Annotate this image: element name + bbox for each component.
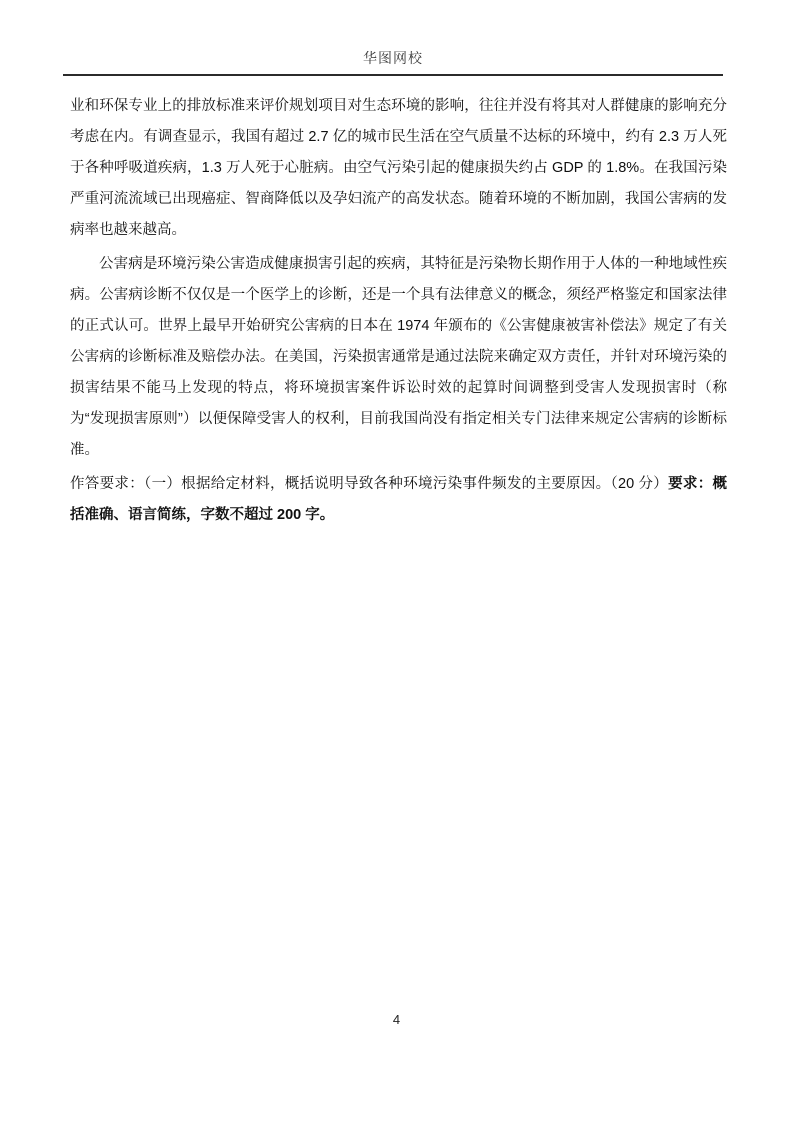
paragraph-continuation: 业和环保专业上的排放标准来评价规划项目对生态环境的影响，往往并没有将其对人群健康… [70, 91, 727, 246]
document-body: 业和环保专业上的排放标准来评价规划项目对生态环境的影响，往往并没有将其对人群健康… [70, 91, 727, 534]
page-header: 华图网校 [63, 0, 723, 76]
answer-requirements-text: 作答要求：（一）根据给定材料，概括说明导致各种环境污染事件频发的主要原因。（20… [70, 476, 668, 492]
paragraph-gonghaibing: 公害病是环境污染公害造成健康损害引起的疾病，其特征是污染物长期作用于人体的一种地… [70, 249, 727, 466]
header-title: 华图网校 [63, 0, 723, 68]
paragraph-answer-requirements: 作答要求：（一）根据给定材料，概括说明导致各种环境污染事件频发的主要原因。（20… [70, 469, 727, 531]
page-number: 4 [393, 1012, 400, 1027]
page-footer: 4 [0, 1012, 793, 1027]
document-page: 华图网校 业和环保专业上的排放标准来评价规划项目对生态环境的影响，往往并没有将其… [0, 0, 793, 1122]
